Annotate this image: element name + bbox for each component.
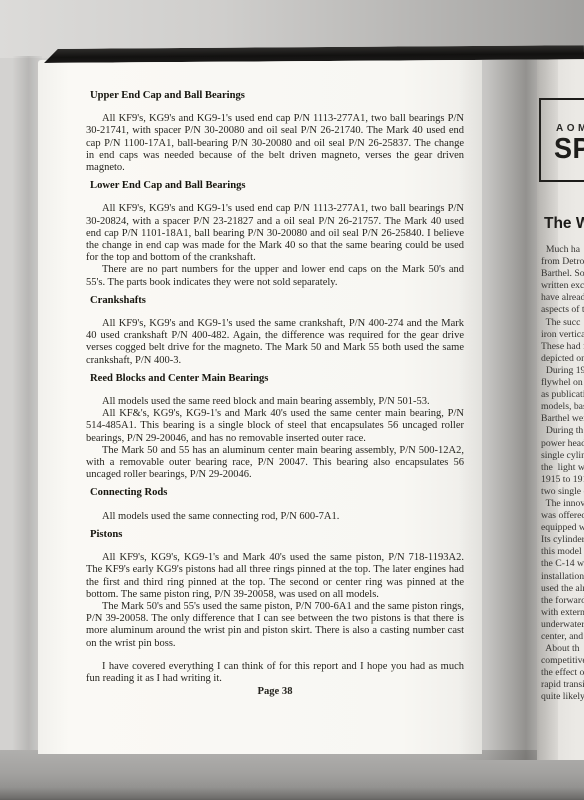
text-line-fragment: Barthel wer (541, 413, 584, 425)
text-line-fragment: These had f (541, 341, 584, 353)
section-pistons: Pistons All KF9's, KG9's, KG9-1's and Ma… (86, 529, 464, 650)
text-line-fragment: from Detroi (541, 256, 584, 268)
text-line-fragment: with extern (541, 607, 584, 619)
section-upper-end-cap: Upper End Cap and Ball Bearings All KF9'… (86, 90, 464, 174)
text-line-fragment: flywhel on t (541, 377, 584, 389)
right-page-sliver: AOM SP The W Much hafrom DetroiBarthel. … (537, 58, 584, 760)
right-page-text-column: Much hafrom DetroiBarthel. Sowritten exc… (541, 244, 584, 704)
paragraph: All models used the same reed block and … (86, 396, 464, 408)
section-heading: Upper End Cap and Ball Bearings (90, 90, 464, 102)
text-line-fragment: competitive (541, 655, 584, 667)
text-line-fragment: quite likely (541, 691, 584, 703)
right-page-title-fragment: The W (544, 215, 584, 233)
text-line-fragment: as publicati (541, 389, 584, 401)
section-heading: Lower End Cap and Ball Bearings (90, 180, 464, 192)
left-page: Upper End Cap and Ball Bearings All KF9'… (38, 60, 482, 754)
text-line-fragment: written exc (541, 280, 584, 292)
text-line-fragment: depicted on (541, 353, 584, 365)
text-line-fragment: underwater (541, 619, 584, 631)
section-heading: Pistons (90, 529, 464, 541)
text-line-fragment: rapid transi (541, 679, 584, 691)
text-line-fragment: Much ha (541, 244, 584, 256)
text-line-fragment: the effect o (541, 667, 584, 679)
paragraph: The Mark 50 and 55 has an aluminum cente… (86, 445, 464, 482)
text-line-fragment: this model c (541, 546, 584, 558)
scan-background-bottom (0, 750, 584, 800)
text-line-fragment: The succ (541, 317, 584, 329)
section-crankshafts: Crankshafts All KF9's, KG9's and KG9-1's… (86, 295, 464, 367)
text-line-fragment: aspects of t (541, 304, 584, 316)
paragraph: All KF9's, KG9's and KG9-1's used the sa… (86, 318, 464, 367)
paragraph: All models used the same connecting rod,… (86, 511, 464, 523)
text-line-fragment: single cylin (541, 450, 584, 462)
page-content: Upper End Cap and Ball Bearings All KF9'… (38, 60, 482, 754)
text-line-fragment: Barthel. So (541, 268, 584, 280)
text-line-fragment: was offered (541, 510, 584, 522)
section-heading: Reed Blocks and Center Main Bearings (90, 373, 464, 385)
paragraph: There are no part numbers for the upper … (86, 264, 464, 288)
text-line-fragment: During th (541, 425, 584, 437)
text-line-fragment: installation (541, 571, 584, 583)
section-reed-blocks: Reed Blocks and Center Main Bearings All… (86, 373, 464, 482)
section-connecting-rods: Connecting Rods All models used the same… (86, 487, 464, 522)
closing-paragraph: I have covered everything I can think of… (86, 661, 464, 685)
section-heading: Crankshafts (90, 295, 464, 307)
text-line-fragment: During 19 (541, 365, 584, 377)
text-line-fragment: the light w (541, 462, 584, 474)
text-line-fragment: center, and (541, 631, 584, 643)
paragraph: The Mark 50's and 55's used the same pis… (86, 601, 464, 650)
paragraph: All KF9's, KG9's, KG9-1's and Mark 40's … (86, 552, 464, 601)
text-line-fragment: have alread (541, 292, 584, 304)
text-line-fragment: the forward (541, 595, 584, 607)
paragraph: All KF9's, KG9's and KG9-1's used end ca… (86, 203, 464, 264)
aomci-logo-box: AOM SP (539, 98, 584, 182)
paragraph: All KF9's, KG9's and KG9-1's used end ca… (86, 113, 464, 174)
text-line-fragment: 1915 to 191 (541, 474, 584, 486)
text-line-fragment: equipped w (541, 522, 584, 534)
text-line-fragment: power head (541, 438, 584, 450)
section-heading: Connecting Rods (90, 487, 464, 499)
logo-text-bottom: SP (554, 133, 584, 166)
text-line-fragment: the C-14 w (541, 558, 584, 570)
text-line-fragment: About th (541, 643, 584, 655)
section-lower-end-cap: Lower End Cap and Ball Bearings All KF9'… (86, 180, 464, 289)
text-line-fragment: used the alr (541, 583, 584, 595)
text-line-fragment: Its cylinder (541, 534, 584, 546)
text-line-fragment: The innov (541, 498, 584, 510)
text-line-fragment: two single c (541, 486, 584, 498)
text-line-fragment: models, bas (541, 401, 584, 413)
paragraph: All KF&'s, KG9's, KG9-1's and Mark 40's … (86, 408, 464, 445)
text-line-fragment: iron vertica (541, 329, 584, 341)
page-number: Page 38 (86, 686, 464, 698)
